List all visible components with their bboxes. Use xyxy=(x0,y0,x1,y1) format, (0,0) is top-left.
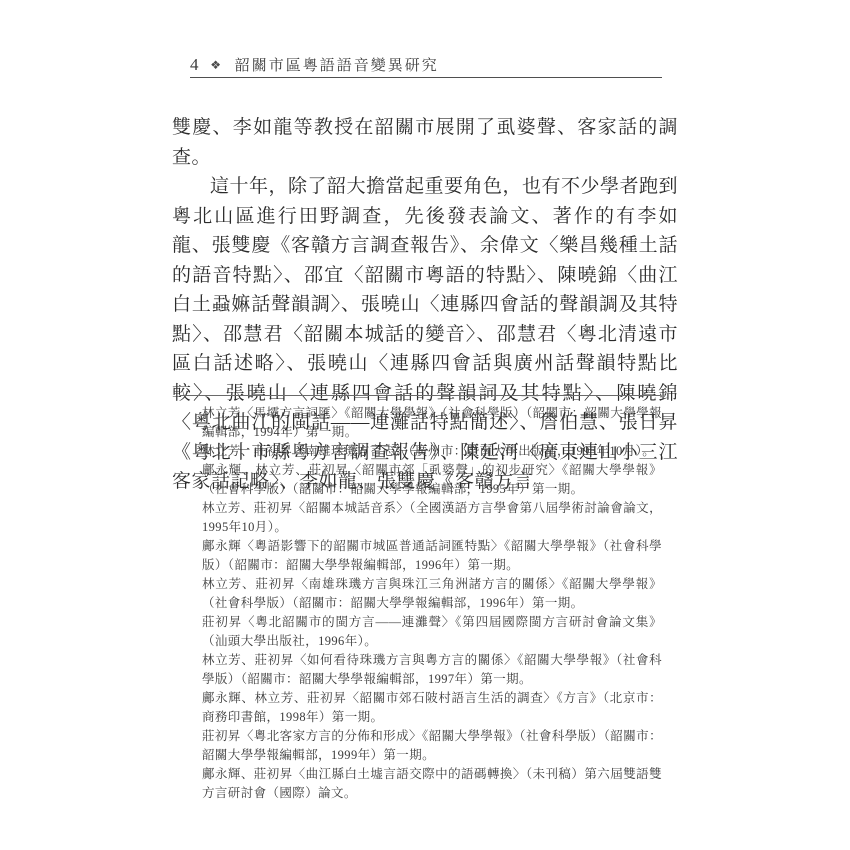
footnote: 鄺永輝、莊初昇〈曲江縣白土墟言語交際中的語碼轉換〉（未刊稿）第六屆雙語雙方言研討… xyxy=(202,765,662,803)
footnotes-section: 林立芳〈馬壩方言詞匯〉《韶關大學學報》（社會科學版）（韶關市：韶關大學學報編輯部… xyxy=(202,404,662,803)
header-rule xyxy=(190,77,662,78)
running-header: 4 ❖ 韶關市區粵語語音變異研究 xyxy=(190,54,662,75)
footnote: 莊初昇〈粵北韶關市的閩方言——連灘聲〉《第四屆國際閩方言研討會論文集》（汕頭大學… xyxy=(202,613,662,651)
footnote: 鄺永輝、林立芳、莊初昇〈韶關市郊石陂村語言生活的調查〉《方言》（北京市：商務印書… xyxy=(202,689,662,727)
footnote: 林立芳、莊初昇〈韶關本城話音系〉（全國漢語方言學會第八屆學術討論會論文，1995… xyxy=(202,499,662,537)
footnote: 莊初昇〈粵北客家方言的分佈和形成〉《韶關大學學報》（社會科學版）（韶關市：韶關大… xyxy=(202,727,662,765)
book-page: 4 ❖ 韶關市區粵語語音變異研究 雙慶、李如龍等教授在韶關市展開了虱婆聲、客家話… xyxy=(0,0,850,850)
footnote: 鄺永輝〈粵語影響下的韶關市城區普通話詞匯特點〉《韶關大學學報》（社會科學版）（韶… xyxy=(202,537,662,575)
running-title: 韶關市區粵語語音變異研究 xyxy=(235,58,439,74)
footnote: 林立芳、莊初昇《南雄珠璣方言志》（廣州市：暨南大學出版社，1995年10月）。 xyxy=(202,442,662,461)
footnote: 林立芳、莊初昇〈南雄珠璣方言與珠江三角洲諸方言的關係〉《韶關大學學報》（社會科學… xyxy=(202,575,662,613)
footnote-separator-rule xyxy=(180,395,660,396)
footnote: 林立芳、莊初昇〈如何看待珠璣方言與粵方言的關係〉《韶關大學學報》（社會科學版）（… xyxy=(202,651,662,689)
fleuron-icon: ❖ xyxy=(210,58,223,72)
footnote: 鄺永輝、林立芳、莊初昇〈韶關市郊「虱婆聲」的初步研究〉《韶關大學學報》（社會科學… xyxy=(202,461,662,499)
page-number: 4 xyxy=(190,55,199,74)
body-paragraph-continuation: 雙慶、李如龍等教授在韶關市展開了虱婆聲、客家話的調查。 xyxy=(172,113,678,172)
footnote: 林立芳〈馬壩方言詞匯〉《韶關大學學報》（社會科學版）（韶關市：韶關大學學報編輯部… xyxy=(202,404,662,442)
